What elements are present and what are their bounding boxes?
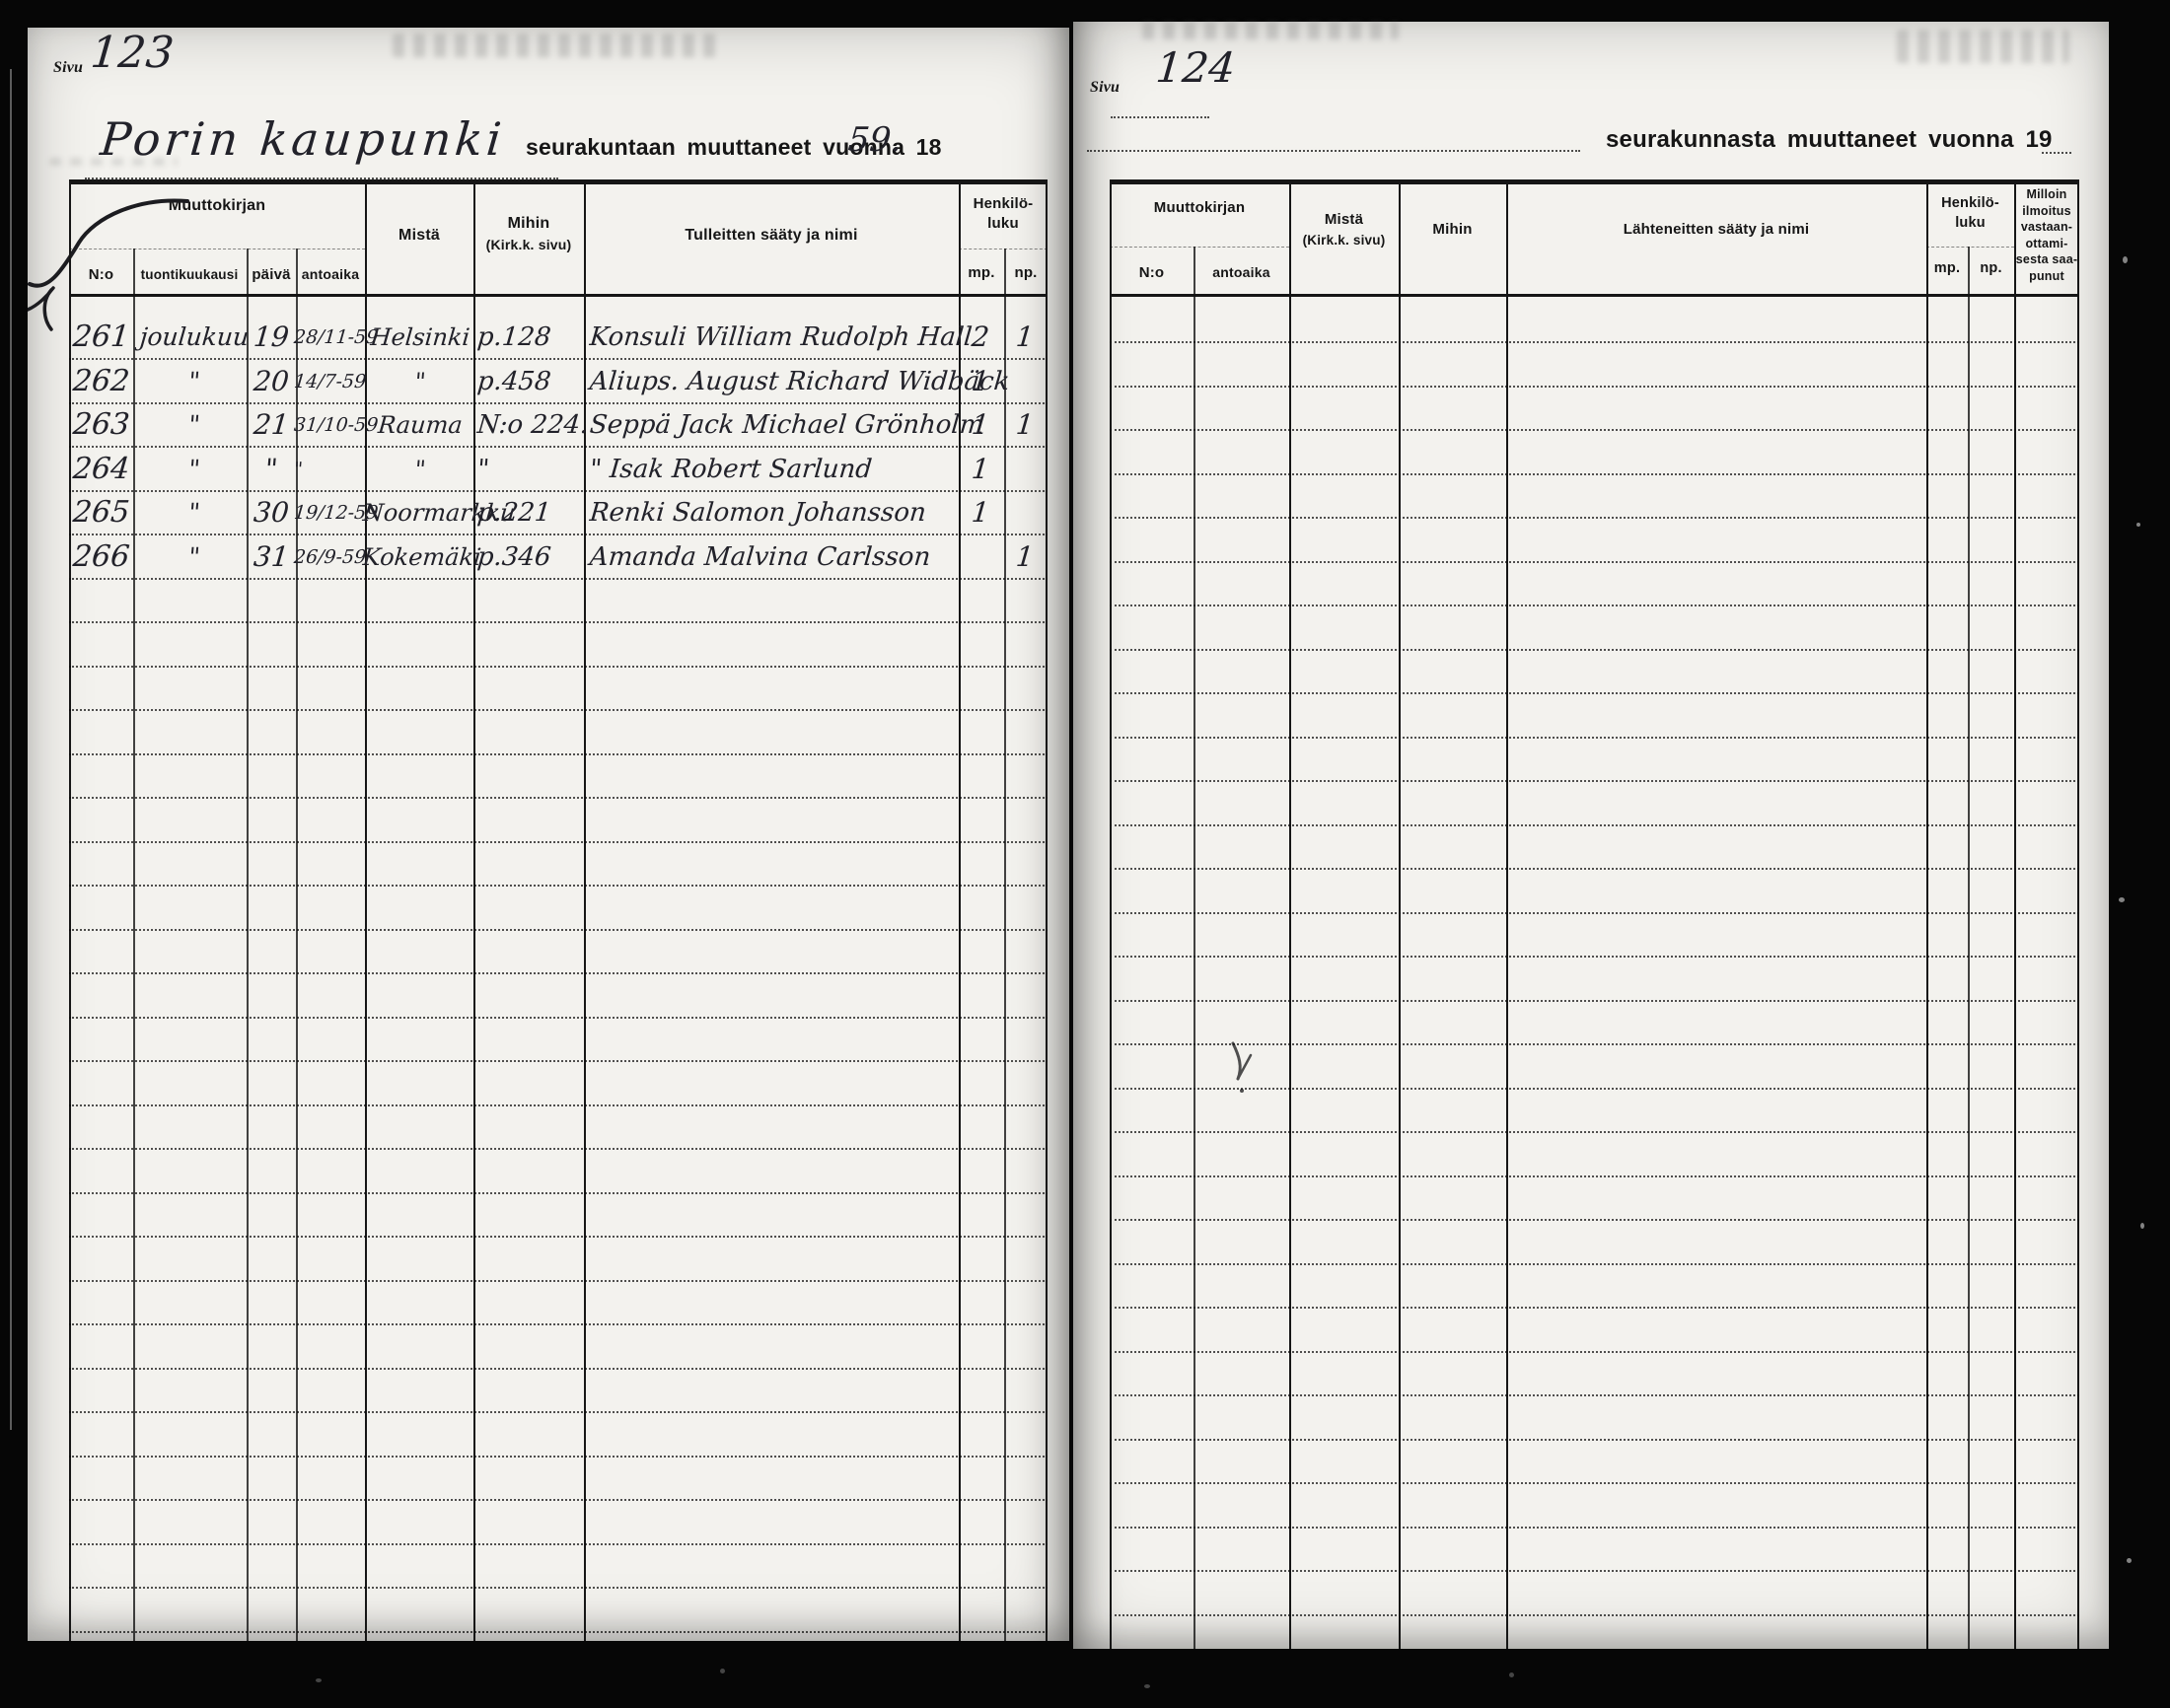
cell-mp: 1	[955, 491, 1006, 534]
column-rule	[1926, 179, 1928, 1649]
col-henkiloluku-line1: Henkilö-	[1926, 195, 2014, 211]
row-dotted-rule	[69, 1411, 1048, 1413]
cell-month: "	[128, 403, 260, 447]
row-dotted-rule	[1110, 780, 2079, 782]
cell-mp: 1	[955, 360, 1006, 403]
row-dotted-rule	[1110, 1175, 2079, 1177]
col-mihin: Mihin	[1399, 221, 1506, 238]
scanned-register-spread: Sivu 123 Porin kaupunki seurakuntaan muu…	[0, 0, 2170, 1708]
row-dotted-rule	[69, 929, 1048, 931]
cell-month: "	[128, 535, 260, 579]
row-dotted-rule	[69, 1280, 1048, 1282]
row-dotted-rule	[69, 1499, 1048, 1501]
scan-speck	[1144, 1684, 1150, 1688]
row-dotted-rule	[69, 1587, 1048, 1589]
heading-year-blank-line	[2042, 152, 2071, 154]
scan-speck	[316, 1678, 322, 1682]
row-dotted-rule	[69, 709, 1048, 711]
cell-day: 19	[243, 316, 300, 359]
cell-mista: Helsinki	[361, 316, 479, 359]
row-dotted-rule	[69, 1456, 1048, 1458]
cell-antoaika: 31/10-59	[292, 403, 371, 447]
row-dotted-rule	[1110, 1000, 2079, 1002]
column-rule	[1506, 179, 1508, 1649]
row-dotted-rule	[69, 753, 1048, 755]
col-antoaika: antoaika	[1193, 264, 1289, 280]
cell-mihin: p.458	[475, 360, 584, 403]
page-heading: seurakunnasta muuttaneet vuonna 19	[1606, 126, 2053, 154]
pencil-check-mark	[1223, 1039, 1268, 1101]
cell-day: 20	[243, 360, 300, 403]
cell-antoaika: 14/7-59	[292, 360, 371, 403]
scan-speck	[2119, 897, 2125, 902]
row-dotted-rule	[69, 885, 1048, 887]
row-dotted-rule	[1110, 1439, 2079, 1441]
row-dotted-rule	[1110, 341, 2079, 343]
row-dotted-rule	[69, 1148, 1048, 1150]
sivu-label: Sivu	[1090, 79, 1120, 97]
cell-nimi: Aliups. August Richard Widbäck	[588, 360, 967, 403]
cell-nimi: " Isak Robert Sarlund	[588, 448, 967, 491]
col-henkiloluku-line1: Henkilö-	[959, 195, 1048, 212]
row-dotted-rule	[1110, 956, 2079, 958]
cell-np: 1	[1000, 535, 1049, 579]
right-page: Sivu 124 seurakunnasta muuttaneet vuonna…	[1073, 22, 2109, 1649]
row-dotted-rule	[69, 1236, 1048, 1238]
col-henkiloluku-line2: luku	[959, 215, 1048, 232]
cell-antoaika: 19/12-59	[292, 491, 371, 534]
col-milloin-line: Milloin	[2014, 186, 2079, 203]
cell-mista: "	[361, 360, 479, 403]
bleed-through-smudge	[1897, 30, 2069, 63]
row-dotted-rule	[1110, 912, 2079, 914]
header-bottom-rule	[69, 294, 1048, 297]
col-mihin-line2: (Kirk.k. sivu)	[473, 237, 584, 252]
scan-speck	[2140, 1223, 2144, 1229]
row-dotted-rule	[1110, 1131, 2079, 1133]
scan-speck	[2136, 523, 2140, 527]
col-mp: mp.	[959, 264, 1004, 281]
header-sub-rule	[1110, 247, 1289, 248]
cell-nimi: Amanda Malvina Carlsson	[588, 535, 967, 579]
cell-antoaika: 28/11-59	[292, 316, 371, 359]
scan-speck	[2127, 1558, 2132, 1563]
cell-mista: Rauma	[361, 403, 479, 447]
col-group-muuttokirjan: Muuttokirjan	[1110, 199, 1289, 216]
row-dotted-rule	[69, 1192, 1048, 1194]
col-day: päivä	[245, 266, 298, 283]
scan-speck	[1509, 1672, 1514, 1677]
col-mista: Mistä	[365, 227, 473, 245]
heading-year-handwritten: 59.	[846, 120, 904, 160]
column-rule	[1046, 179, 1048, 1641]
cell-mp: 2	[955, 316, 1006, 359]
row-dotted-rule	[69, 972, 1048, 974]
left-page: Sivu 123 Porin kaupunki seurakuntaan muu…	[28, 28, 1069, 1641]
row-dotted-rule	[1110, 473, 2079, 475]
row-dotted-rule	[1110, 1307, 2079, 1309]
column-rule	[1110, 179, 1112, 1649]
column-rule	[2077, 179, 2079, 1649]
row-dotted-rule	[1110, 692, 2079, 694]
row-dotted-rule	[1110, 1570, 2079, 1572]
scan-speck	[720, 1669, 725, 1673]
cell-mp: 1	[955, 448, 1006, 491]
parish-name-blank-line	[1087, 150, 1580, 152]
row-dotted-rule	[1110, 737, 2079, 739]
cell-day: "	[243, 448, 300, 491]
cell-month: "	[128, 360, 260, 403]
col-nimi: Tulleitten sääty ja nimi	[584, 227, 959, 245]
header-sub-rule	[959, 249, 1048, 249]
cell-mista: Noormarkku	[361, 491, 479, 534]
row-dotted-rule	[1110, 1394, 2079, 1396]
column-rule	[584, 179, 586, 1641]
cell-mp: 1	[955, 403, 1006, 447]
row-dotted-rule	[69, 841, 1048, 843]
col-no: N:o	[1110, 264, 1193, 281]
bleed-through-smudge	[393, 34, 718, 57]
row-dotted-rule	[69, 666, 1048, 668]
row-dotted-rule	[1110, 1351, 2079, 1353]
page-number-ruled-line	[1111, 116, 1209, 118]
row-dotted-rule	[1110, 1219, 2079, 1221]
row-dotted-rule	[1110, 649, 2079, 651]
row-dotted-rule	[1110, 1527, 2079, 1529]
row-dotted-rule	[1110, 1043, 2079, 1045]
table-top-rule	[69, 179, 1048, 184]
row-dotted-rule	[1110, 1088, 2079, 1090]
table-top-rule	[1110, 179, 2079, 184]
cell-np: 1	[1000, 403, 1049, 447]
row-dotted-rule	[1110, 1482, 2079, 1484]
cell-nimi: Konsuli William Rudolph Hall	[588, 316, 967, 359]
row-dotted-rule	[1110, 1614, 2079, 1616]
col-antoaika: antoaika	[296, 266, 365, 282]
row-dotted-rule	[1110, 429, 2079, 431]
row-dotted-rule	[1110, 605, 2079, 606]
row-dotted-rule	[1110, 824, 2079, 826]
row-dotted-rule	[69, 621, 1048, 623]
page-number: 124	[1154, 43, 1237, 92]
col-mista-line1: Mistä	[1289, 211, 1399, 228]
row-dotted-rule	[69, 1631, 1048, 1633]
col-milloin-line: punut	[2014, 268, 2079, 285]
parish-name: Porin kaupunki	[99, 112, 508, 166]
cell-mihin: N:o 224.	[475, 403, 584, 447]
col-mp: mp.	[1926, 260, 1968, 276]
column-rule	[1399, 179, 1401, 1649]
cell-mista: Kokemäki	[361, 535, 479, 579]
row-dotted-rule	[69, 1060, 1048, 1062]
col-milloin: Milloinilmoitusvastaan-ottami-sesta saa-…	[2014, 186, 2079, 284]
row-dotted-rule	[69, 1104, 1048, 1106]
scan-edge-streak	[10, 69, 12, 1430]
bleed-through-smudge	[1142, 22, 1399, 39]
col-np: np.	[1004, 264, 1048, 281]
row-dotted-rule	[1110, 517, 2079, 519]
row-dotted-rule	[1110, 386, 2079, 388]
header-sub-rule	[1926, 247, 2014, 248]
row-dotted-rule	[1110, 561, 2079, 563]
cell-antoaika: "	[292, 448, 371, 491]
col-nimi: Lähteneitten sääty ja nimi	[1506, 221, 1926, 238]
sivu-label: Sivu	[53, 59, 83, 77]
cell-np: 1	[1000, 316, 1049, 359]
page-number: 123	[89, 28, 176, 78]
cell-month: "	[128, 448, 260, 491]
scan-speck	[2123, 256, 2128, 263]
row-dotted-rule	[69, 1017, 1048, 1019]
col-mihin-line1: Mihin	[473, 215, 584, 233]
col-milloin-line: vastaan-	[2014, 219, 2079, 236]
cell-day: 30	[243, 491, 300, 534]
cell-nimi: Seppä Jack Michael Grönholm	[588, 403, 967, 447]
cell-day: 21	[243, 403, 300, 447]
cell-mihin: "	[475, 448, 584, 491]
cell-mihin: p.221	[475, 491, 584, 534]
column-rule	[1289, 179, 1291, 1649]
header-bottom-rule	[1110, 294, 2079, 297]
row-dotted-rule	[69, 1368, 1048, 1370]
col-np: np.	[1968, 260, 2014, 276]
row-dotted-rule	[1110, 868, 2079, 870]
cell-month: "	[128, 491, 260, 534]
row-dotted-rule	[1110, 1263, 2079, 1265]
row-dotted-rule	[69, 1543, 1048, 1545]
cell-mista: "	[361, 448, 479, 491]
cell-mihin: p.346	[475, 535, 584, 579]
col-henkiloluku-line2: luku	[1926, 215, 2014, 231]
col-milloin-line: sesta saa-	[2014, 251, 2079, 268]
cell-month: joulukuu	[128, 316, 260, 359]
row-dotted-rule	[69, 1323, 1048, 1325]
col-milloin-line: ottami-	[2014, 236, 2079, 252]
cell-mihin: p.128	[475, 316, 584, 359]
cell-day: 31	[243, 535, 300, 579]
cell-antoaika: 26/9-59	[292, 535, 371, 579]
row-dotted-rule	[69, 797, 1048, 799]
col-mista-line2: (Kirk.k. sivu)	[1289, 233, 1399, 248]
header-sub-rule	[69, 249, 365, 249]
cell-nimi: Renki Salomon Johansson	[588, 491, 967, 534]
column-rule	[2014, 179, 2016, 1649]
col-milloin-line: ilmoitus	[2014, 203, 2079, 220]
